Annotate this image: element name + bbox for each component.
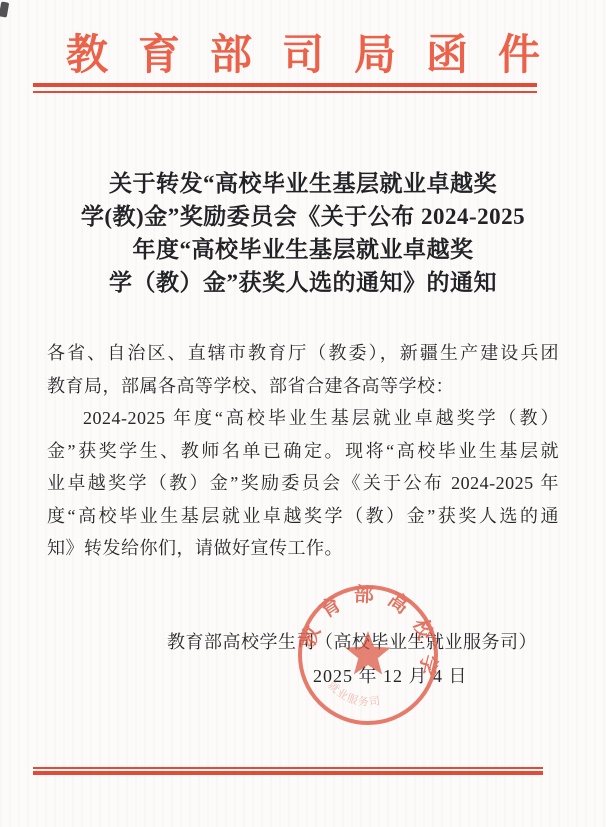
signature-date: 2025 年 12 月 4 日 [313, 662, 468, 688]
letterhead-rule-top [33, 83, 537, 93]
seal-ring [300, 587, 436, 723]
signature-department: 教育部高校学生司（高校毕业生就业服务司） [0, 628, 537, 654]
title-line-2: 学(教)金”奖励委员会《关于公布 2024-2025 [18, 200, 588, 233]
body-line: 业卓越奖学（教）金”奖励委员会《关于公布 2024-2025 年 [47, 467, 559, 500]
document-title: 关于转发“高校毕业生基层就业卓越奖 学(教)金”奖励委员会《关于公布 2024-… [18, 167, 588, 299]
body-line: 知》转发给你们，请做好宣传工作。 [47, 532, 559, 565]
footer-rule-bottom [33, 767, 543, 775]
letterhead-title: 教育部司局函件 [0, 22, 606, 82]
title-line-1: 关于转发“高校毕业生基层就业卓越奖 [18, 167, 588, 200]
body-line: 2024-2025 年度“高校毕业生基层就业卓越奖学（教） [47, 402, 559, 435]
body-line: 金”获奖学生、教师名单已确定。现将“高校毕业生基层就 [47, 435, 559, 468]
body-line: 各省、自治区、直辖市教育厅（教委），新疆生产建设兵团 [47, 337, 559, 370]
document-page: 教育部司局函件 关于转发“高校毕业生基层就业卓越奖 学(教)金”奖励委员会《关于… [0, 0, 606, 827]
body-text: 各省、自治区、直辖市教育厅（教委），新疆生产建设兵团 教育局，部属各高等学校、部… [47, 337, 559, 565]
title-line-4: 学（教）金”获奖人选的通知》的通知 [18, 266, 588, 299]
scan-artifact [0, 1, 9, 17]
body-line: 教育局，部属各高等学校、部省合建各高等学校： [47, 370, 559, 403]
title-line-3: 年度“高校毕业生基层就业卓越奖 [18, 233, 588, 266]
official-seal-stamp: 教育部高校学生司 就业服务司 [294, 581, 442, 729]
body-line: 度“高校毕业生基层就业卓越奖学（教）金”获奖人选的通 [47, 500, 559, 533]
